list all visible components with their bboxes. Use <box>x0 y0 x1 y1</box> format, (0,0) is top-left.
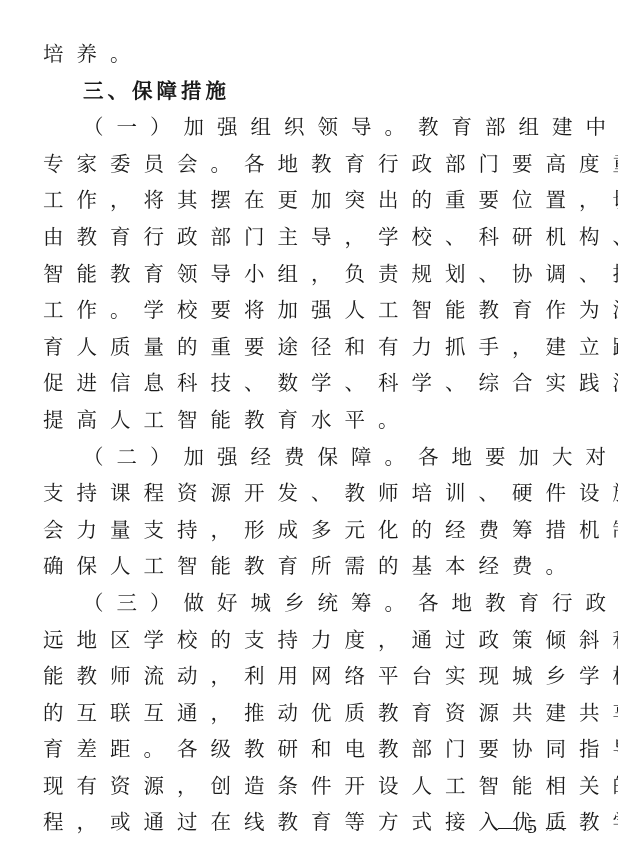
paragraph-line: （二）加强经费保障。各地要加大对人工智能教育的投入， <box>43 439 579 476</box>
paragraph-line: 的互联互通，推动优质教育资源共建共享，缩小城乡人工智能教 <box>43 695 579 732</box>
paragraph-line: 远地区学校的支持力度，通过政策倾斜和资金扶持，推动人工智 <box>43 622 579 659</box>
section-heading: 三、保障措施 <box>43 73 579 110</box>
paragraph-line: 现有资源，创造条件开设人工智能相关的跨学科主题学习类课 <box>43 768 579 805</box>
paragraph-line: 工作，将其摆在更加突出的重要位置，切实加强工作指导，成立 <box>43 182 579 219</box>
paragraph-funding-guarantee: （二）加强经费保障。各地要加大对人工智能教育的投入， 支持课程资源开发、教师培训… <box>43 439 579 585</box>
paragraph-line: 提高人工智能教育水平。 <box>43 402 579 439</box>
paragraph-urban-rural-coordination: （三）做好城乡统筹。各地教育行政部门要加大对农村和边 远地区学校的支持力度，通过… <box>43 585 579 841</box>
paragraph-line: 育差距。各级教研和电教部门要协同指导农村地区学校充分利用 <box>43 731 579 768</box>
continuation-text: 培养。 <box>43 36 579 73</box>
paragraph-line: 促进信息科技、数学、科学、综合实践活动等学科教师的合作， <box>43 365 579 402</box>
paragraph-line: 会力量支持，形成多元化的经费筹措机制。学校合理安排预算， <box>43 512 579 549</box>
paragraph-organization-leadership: （一）加强组织领导。教育部组建中小学人工智能教育工作 专家委员会。各地教育行政部… <box>43 109 579 438</box>
document-page: 培养。 三、保障措施 （一）加强组织领导。教育部组建中小学人工智能教育工作 专家… <box>43 36 579 841</box>
paragraph-line: （一）加强组织领导。教育部组建中小学人工智能教育工作 <box>43 109 579 146</box>
paragraph-line: （三）做好城乡统筹。各地教育行政部门要加大对农村和边 <box>43 585 579 622</box>
paragraph-line: 专家委员会。各地教育行政部门要高度重视中小学人工智能教育 <box>43 146 579 183</box>
paragraph-line: 能教师流动，利用网络平台实现城乡学校人工智能教育相关课程 <box>43 658 579 695</box>
page-number: — 5 — <box>498 816 568 839</box>
paragraph-line: 工作。学校要将加强人工智能教育作为深化教育教学改革、提高 <box>43 292 579 329</box>
paragraph-line: 支持课程资源开发、教师培训、硬件设施建设等，鼓励和引导社 <box>43 475 579 512</box>
paragraph-line: 确保人工智能教育所需的基本经费。 <box>43 548 579 585</box>
paragraph-line: 由教育行政部门主导，学校、科研机构、企业等多方参与的人工 <box>43 219 579 256</box>
paragraph-line: 育人质量的重要途径和有力抓手，建立跨学科的教师协作机制， <box>43 329 579 366</box>
paragraph-line: 智能教育领导小组，负责规划、协调、推进和评估人工智能教育 <box>43 256 579 293</box>
